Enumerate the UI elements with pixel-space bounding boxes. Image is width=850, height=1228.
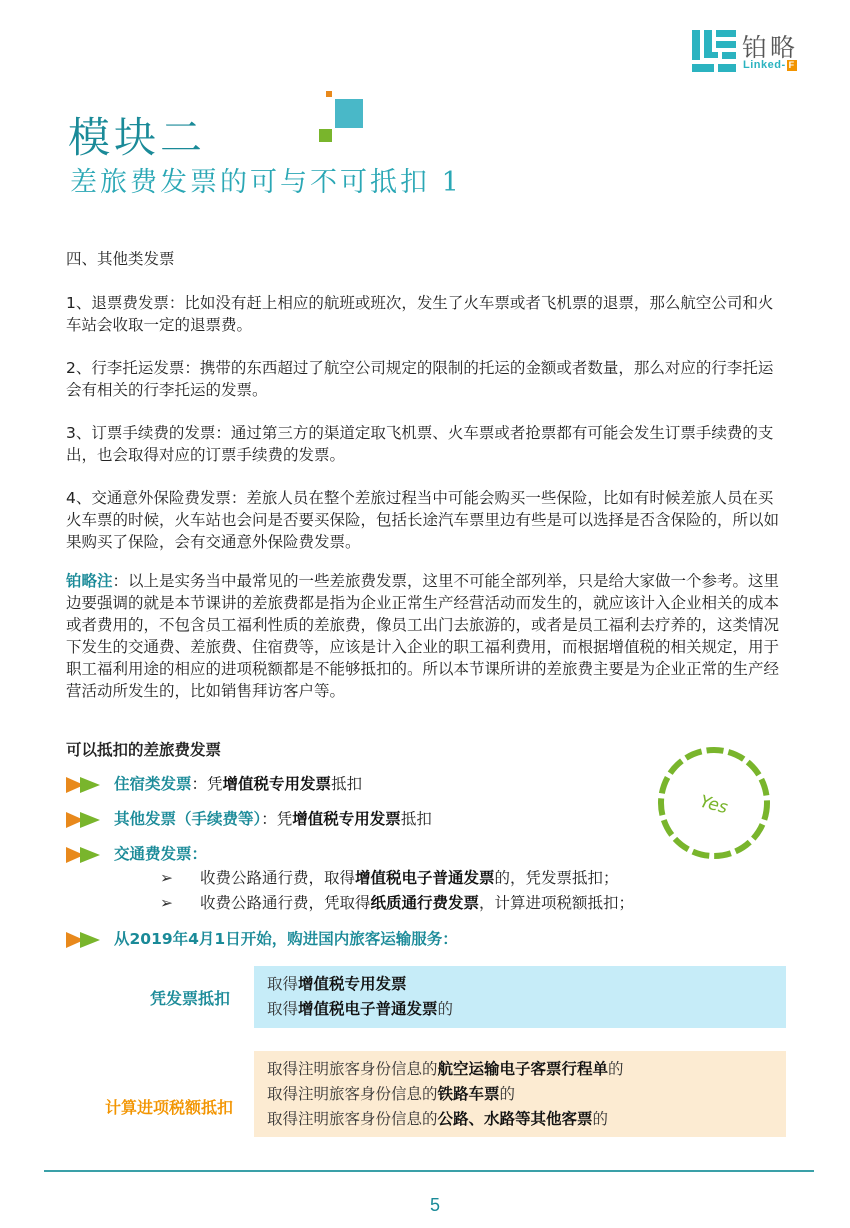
bullet-sep: ： xyxy=(192,775,208,793)
bullet-label: 其他发票（手续费等） xyxy=(114,810,261,828)
page-subtitle: 差旅费发票的可与不可抵扣 1 xyxy=(70,160,462,199)
box-label-invoice-deduction: 凭发票抵扣 xyxy=(150,986,230,1009)
box-line: 取得增值税专用发票 xyxy=(267,972,786,997)
bullet-bold: 增值税专用发票 xyxy=(223,775,332,793)
line-pre: 取得 xyxy=(267,975,298,993)
line-pre: 取得注明旅客身份信息的 xyxy=(267,1110,438,1128)
sub-bold: 增值税电子普通发票 xyxy=(355,869,495,887)
line-pre: 取得注明旅客身份信息的 xyxy=(267,1085,438,1103)
note-paragraph: 铂略注：以上是实务当中最常见的一些差旅费发票，这里不可能全部列举，只是给大家做一… xyxy=(66,570,788,702)
box-label-calculated-deduction: 计算进项税额抵扣 xyxy=(105,1095,233,1118)
line-post: 的 xyxy=(500,1085,516,1103)
brand-logo: 铂略 Linked-F xyxy=(692,30,817,74)
svg-text:Yes: Yes xyxy=(698,792,730,819)
bullet-item-lodging: 住宿类发票：凭增值税专用发票抵扣 xyxy=(66,773,362,795)
bullet-bold: 增值税专用发票 xyxy=(292,810,401,828)
sub-item-toll-electronic: ➢收费公路通行费，取得增值税电子普通发票的，凭发票抵扣； xyxy=(160,866,619,890)
note-text: ：以上是实务当中最常见的一些差旅费发票，这里不可能全部列举，只是给大家做一个参考… xyxy=(66,572,779,700)
line-bold: 增值税专用发票 xyxy=(298,975,407,993)
line-bold: 增值税电子普通发票 xyxy=(298,1000,438,1018)
sub-bold: 纸质通行费发票 xyxy=(371,894,480,912)
bullet-pre: 凭 xyxy=(277,810,293,828)
logo-en-word: Linked- xyxy=(743,59,786,71)
box-line: 取得注明旅客身份信息的铁路车票的 xyxy=(267,1082,786,1107)
line-post: 的 xyxy=(438,1000,454,1018)
bullet-label: 住宿类发票 xyxy=(114,775,192,793)
double-arrow-icon xyxy=(66,777,102,793)
box-invoice-deduction: 取得增值税专用发票 取得增值税电子普通发票的 xyxy=(254,966,786,1028)
decor-square-teal xyxy=(335,99,363,128)
box-line: 取得注明旅客身份信息的公路、水路等其他客票的 xyxy=(267,1107,786,1132)
page-title: 模块二 xyxy=(68,105,206,165)
bullet-sep: ： xyxy=(192,845,208,863)
bullet-post: 抵扣 xyxy=(401,810,432,828)
sub-post: 的，凭发票抵扣； xyxy=(495,869,619,887)
sub-pre: 收费公路通行费，凭取得 xyxy=(200,894,371,912)
bullet-sep: ： xyxy=(261,810,277,828)
note-label: 铂略注 xyxy=(66,572,113,590)
bullet-label: 交通费发票 xyxy=(114,845,192,863)
bullet-label: 从2019年4月1日开始，购进国内旅客运输服务： xyxy=(114,930,458,948)
logo-english-text: Linked-F xyxy=(743,59,797,71)
yes-badge-icon: Yes xyxy=(655,744,773,862)
sub-post: ，计算进项税额抵扣； xyxy=(479,894,634,912)
double-arrow-icon xyxy=(66,932,102,948)
line-bold: 铁路车票 xyxy=(438,1085,500,1103)
sub-item-toll-paper: ➢收费公路通行费，凭取得纸质通行费发票，计算进项税额抵扣； xyxy=(160,891,634,915)
line-bold: 公路、水路等其他客票 xyxy=(438,1110,593,1128)
box-line: 取得注明旅客身份信息的航空运输电子客票行程单的 xyxy=(267,1057,786,1082)
double-arrow-icon xyxy=(66,847,102,863)
box-calculated-deduction: 取得注明旅客身份信息的航空运输电子客票行程单的 取得注明旅客身份信息的铁路车票的… xyxy=(254,1051,786,1137)
line-post: 的 xyxy=(593,1110,609,1128)
double-arrow-icon xyxy=(66,812,102,828)
paragraph-insurance: 4、交通意外保险费发票：差旅人员在整个差旅过程当中可能会购买一些保险，比如有时候… xyxy=(66,487,788,553)
line-pre: 取得 xyxy=(267,1000,298,1018)
decor-square-green xyxy=(319,129,332,142)
line-pre: 取得注明旅客身份信息的 xyxy=(267,1060,438,1078)
bullet-post: 抵扣 xyxy=(331,775,362,793)
footer-divider xyxy=(44,1170,814,1172)
paragraph-refund-fee: 1、退票费发票：比如没有赶上相应的航班或班次，发生了火车票或者飞机票的退票，那么… xyxy=(66,292,788,336)
decor-square-orange xyxy=(326,91,332,97)
bullet-item-from-date: 从2019年4月1日开始，购进国内旅客运输服务： xyxy=(66,928,458,950)
section-heading: 四、其他类发票 xyxy=(66,248,788,270)
paragraph-baggage: 2、行李托运发票：携带的东西超过了航空公司规定的限制的托运的金额或者数量，那么对… xyxy=(66,357,788,401)
chevron-right-icon: ➢ xyxy=(160,891,200,915)
bullet-item-other: 其他发票（手续费等）：凭增值税专用发票抵扣 xyxy=(66,808,432,830)
page-number: 5 xyxy=(0,1195,850,1216)
bullet-item-transport: 交通费发票： xyxy=(66,843,207,865)
bullet-pre: 凭 xyxy=(207,775,223,793)
line-bold: 航空运输电子客票行程单 xyxy=(438,1060,609,1078)
sub-pre: 收费公路通行费，取得 xyxy=(200,869,355,887)
logo-mark-icon xyxy=(692,30,736,72)
line-post: 的 xyxy=(608,1060,624,1078)
logo-badge: F xyxy=(787,60,797,71)
box-line: 取得增值税电子普通发票的 xyxy=(267,997,786,1022)
chevron-right-icon: ➢ xyxy=(160,866,200,890)
deductible-heading: 可以抵扣的差旅费发票 xyxy=(66,738,221,760)
paragraph-booking-fee: 3、订票手续费的发票：通过第三方的渠道定取飞机票、火车票或者抢票都有可能会发生订… xyxy=(66,422,788,466)
